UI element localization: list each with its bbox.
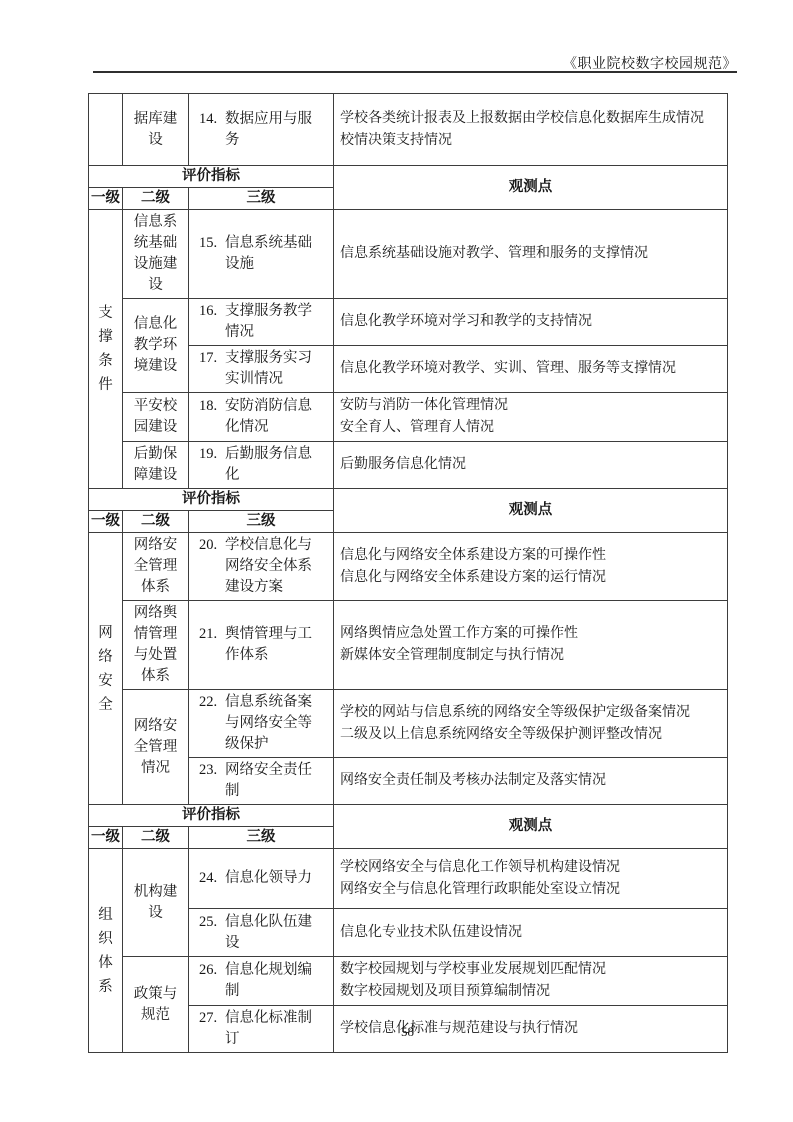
level2-cell: 平安校园建设 <box>123 393 189 442</box>
table-header-row: 评价指标 观测点 <box>89 489 728 511</box>
header-eval-label: 评价指标 <box>89 489 334 511</box>
level3-cell: 26.信息化规划编制 <box>189 957 334 1006</box>
table-row: 信息化教学环境建设 16.支撑服务教学情况 信息化教学环境对学习和教学的支持情况 <box>89 299 728 346</box>
table-row: 网络舆情管理与处置体系 21.舆情管理与工作体系 网络舆情应急处置工作方案的可操… <box>89 601 728 690</box>
item-number: 19. <box>199 444 225 465</box>
level3-cell: 20.学校信息化与网络安全体系建设方案 <box>189 533 334 601</box>
table-header-row: 评价指标 观测点 <box>89 805 728 827</box>
item-number: 25. <box>199 912 225 933</box>
observation-line: 数字校园规划与学校事业发展规划匹配情况 <box>340 959 725 981</box>
header-rule <box>93 71 737 73</box>
table-row: 组织体系 机构建设 24.信息化领导力 学校网络安全与信息化工作领导机构建设情况… <box>89 849 728 909</box>
item-title: 安防消防信息化情况 <box>225 396 318 438</box>
level2-cell: 据库建设 <box>123 94 189 166</box>
observation-line: 后勤服务信息化情况 <box>340 454 725 476</box>
item-title: 学校信息化与网络安全体系建设方案 <box>225 535 318 598</box>
document-page: 《职业院校数字校园规范》 据库建设 14.数据应用与服务 学校各类统计报表及上报… <box>0 0 793 1122</box>
level2-cell: 网络安全管理情况 <box>123 690 189 805</box>
level1-cell-support: 支撑条件 <box>89 210 123 489</box>
header-l3-label: 三级 <box>189 511 334 533</box>
observation-line: 信息化教学环境对教学、实训、管理、服务等支撑情况 <box>340 358 725 380</box>
level3-cell: 17.支撑服务实习实训情况 <box>189 346 334 393</box>
level3-cell: 24.信息化领导力 <box>189 849 334 909</box>
level1-cell-empty <box>89 94 123 166</box>
item-title: 支撑服务教学情况 <box>225 301 318 343</box>
item-number: 14. <box>199 109 225 130</box>
indicator-table-wrap: 据库建设 14.数据应用与服务 学校各类统计报表及上报数据由学校信息化数据库生成… <box>88 93 728 1053</box>
level3-cell: 25.信息化队伍建设 <box>189 909 334 957</box>
item-title: 支撑服务实习实训情况 <box>225 348 318 390</box>
item-title: 信息化队伍建设 <box>225 912 318 954</box>
observation-cell: 信息化教学环境对教学、实训、管理、服务等支撑情况 <box>334 346 728 393</box>
item-title: 网络安全责任制 <box>225 760 318 802</box>
item-title: 舆情管理与工作体系 <box>225 624 318 666</box>
item-number: 18. <box>199 396 225 417</box>
observation-line: 学校各类统计报表及上报数据由学校信息化数据库生成情况 <box>340 108 725 130</box>
item-title: 信息化规划编制 <box>225 960 318 1002</box>
level3-cell: 18.安防消防信息化情况 <box>189 393 334 442</box>
observation-line: 学校网络安全与信息化工作领导机构建设情况 <box>340 857 725 879</box>
observation-line: 信息化与网络安全体系建设方案的运行情况 <box>340 567 725 589</box>
level3-cell: 22.信息系统备案与网络安全等级保护 <box>189 690 334 758</box>
observation-line: 新媒体安全管理制度制定与执行情况 <box>340 645 725 667</box>
header-l1-label: 一级 <box>89 827 123 849</box>
item-title: 信息化领导力 <box>225 868 318 889</box>
table-row: 平安校园建设 18.安防消防信息化情况 安防与消防一体化管理情况 安全育人、管理… <box>89 393 728 442</box>
item-title: 数据应用与服务 <box>225 109 318 151</box>
item-number: 15. <box>199 233 225 254</box>
table-header-row: 评价指标 观测点 <box>89 166 728 188</box>
observation-line: 安全育人、管理育人情况 <box>340 417 725 439</box>
header-l2-label: 二级 <box>123 827 189 849</box>
observation-cell: 信息化与网络安全体系建设方案的可操作性 信息化与网络安全体系建设方案的运行情况 <box>334 533 728 601</box>
level3-cell: 21.舆情管理与工作体系 <box>189 601 334 690</box>
level2-cell: 信息化教学环境建设 <box>123 299 189 393</box>
header-l3-label: 三级 <box>189 188 334 210</box>
item-number: 22. <box>199 692 225 713</box>
running-header: 《职业院校数字校园规范》 <box>563 53 737 73</box>
observation-line: 网络安全与信息化管理行政职能处室设立情况 <box>340 879 725 901</box>
observation-line: 信息化与网络安全体系建设方案的可操作性 <box>340 545 725 567</box>
level2-cell: 后勤保障建设 <box>123 442 189 489</box>
observation-cell: 后勤服务信息化情况 <box>334 442 728 489</box>
table-row: 网络安全管理情况 22.信息系统备案与网络安全等级保护 学校的网站与信息系统的网… <box>89 690 728 758</box>
observation-line: 学校的网站与信息系统的网络安全等级保护定级备案情况 <box>340 702 725 724</box>
observation-cell: 安防与消防一体化管理情况 安全育人、管理育人情况 <box>334 393 728 442</box>
level1-cell-network: 网络安全 <box>89 533 123 805</box>
header-obs-label: 观测点 <box>334 166 728 210</box>
level2-cell: 机构建设 <box>123 849 189 957</box>
indicator-table: 据库建设 14.数据应用与服务 学校各类统计报表及上报数据由学校信息化数据库生成… <box>88 93 728 1053</box>
header-l1-label: 一级 <box>89 188 123 210</box>
level1-label: 组织体系 <box>97 903 114 999</box>
header-obs-label: 观测点 <box>334 805 728 849</box>
observation-cell: 网络安全责任制及考核办法制定及落实情况 <box>334 758 728 805</box>
observation-cell: 学校的网站与信息系统的网络安全等级保护定级备案情况 二级及以上信息系统网络安全等… <box>334 690 728 758</box>
item-number: 17. <box>199 348 225 369</box>
header-obs-label: 观测点 <box>334 489 728 533</box>
observation-cell: 信息系统基础设施对教学、管理和服务的支撑情况 <box>334 210 728 299</box>
observation-cell: 网络舆情应急处置工作方案的可操作性 新媒体安全管理制度制定与执行情况 <box>334 601 728 690</box>
header-l1-label: 一级 <box>89 511 123 533</box>
header-l2-label: 二级 <box>123 511 189 533</box>
item-title: 信息系统基础设施 <box>225 233 318 275</box>
level3-cell: 15.信息系统基础设施 <box>189 210 334 299</box>
observation-cell: 数字校园规划与学校事业发展规划匹配情况 数字校园规划及项目预算编制情况 <box>334 957 728 1006</box>
header-l3-label: 三级 <box>189 827 334 849</box>
observation-cell: 学校各类统计报表及上报数据由学校信息化数据库生成情况 校情决策支持情况 <box>334 94 728 166</box>
item-title: 后勤服务信息化 <box>225 444 318 486</box>
level3-cell: 14.数据应用与服务 <box>189 94 334 166</box>
observation-line: 校情决策支持情况 <box>340 130 725 152</box>
table-row: 据库建设 14.数据应用与服务 学校各类统计报表及上报数据由学校信息化数据库生成… <box>89 94 728 166</box>
observation-line: 网络安全责任制及考核办法制定及落实情况 <box>340 770 725 792</box>
table-row: 政策与规范 26.信息化规划编制 数字校园规划与学校事业发展规划匹配情况 数字校… <box>89 957 728 1006</box>
item-number: 23. <box>199 760 225 781</box>
observation-line: 信息化专业技术队伍建设情况 <box>340 922 725 944</box>
observation-cell: 学校网络安全与信息化工作领导机构建设情况 网络安全与信息化管理行政职能处室设立情… <box>334 849 728 909</box>
header-eval-label: 评价指标 <box>89 805 334 827</box>
observation-line: 二级及以上信息系统网络安全等级保护测评整改情况 <box>340 724 725 746</box>
header-l2-label: 二级 <box>123 188 189 210</box>
table-row: 网络安全 网络安全管理体系 20.学校信息化与网络安全体系建设方案 信息化与网络… <box>89 533 728 601</box>
item-number: 20. <box>199 535 225 556</box>
level3-cell: 19.后勤服务信息化 <box>189 442 334 489</box>
item-title: 信息系统备案与网络安全等级保护 <box>225 692 318 755</box>
level2-cell: 网络安全管理体系 <box>123 533 189 601</box>
observation-cell: 信息化专业技术队伍建设情况 <box>334 909 728 957</box>
page-number: 58 <box>88 1024 727 1040</box>
level1-cell-organization: 组织体系 <box>89 849 123 1053</box>
header-eval-label: 评价指标 <box>89 166 334 188</box>
item-number: 26. <box>199 960 225 981</box>
observation-line: 网络舆情应急处置工作方案的可操作性 <box>340 623 725 645</box>
item-number: 21. <box>199 624 225 645</box>
level2-cell: 网络舆情管理与处置体系 <box>123 601 189 690</box>
table-row: 后勤保障建设 19.后勤服务信息化 后勤服务信息化情况 <box>89 442 728 489</box>
level2-cell: 信息系统基础设施建设 <box>123 210 189 299</box>
level1-label: 网络安全 <box>97 621 114 717</box>
observation-line: 数字校园规划及项目预算编制情况 <box>340 981 725 1003</box>
level3-cell: 23.网络安全责任制 <box>189 758 334 805</box>
observation-line: 信息化教学环境对学习和教学的支持情况 <box>340 311 725 333</box>
observation-cell: 信息化教学环境对学习和教学的支持情况 <box>334 299 728 346</box>
level3-cell: 16.支撑服务教学情况 <box>189 299 334 346</box>
observation-line: 信息系统基础设施对教学、管理和服务的支撑情况 <box>340 243 725 265</box>
item-number: 16. <box>199 301 225 322</box>
observation-line: 安防与消防一体化管理情况 <box>340 395 725 417</box>
level1-label: 支撑条件 <box>97 301 114 397</box>
table-row: 支撑条件 信息系统基础设施建设 15.信息系统基础设施 信息系统基础设施对教学、… <box>89 210 728 299</box>
item-number: 24. <box>199 868 225 889</box>
